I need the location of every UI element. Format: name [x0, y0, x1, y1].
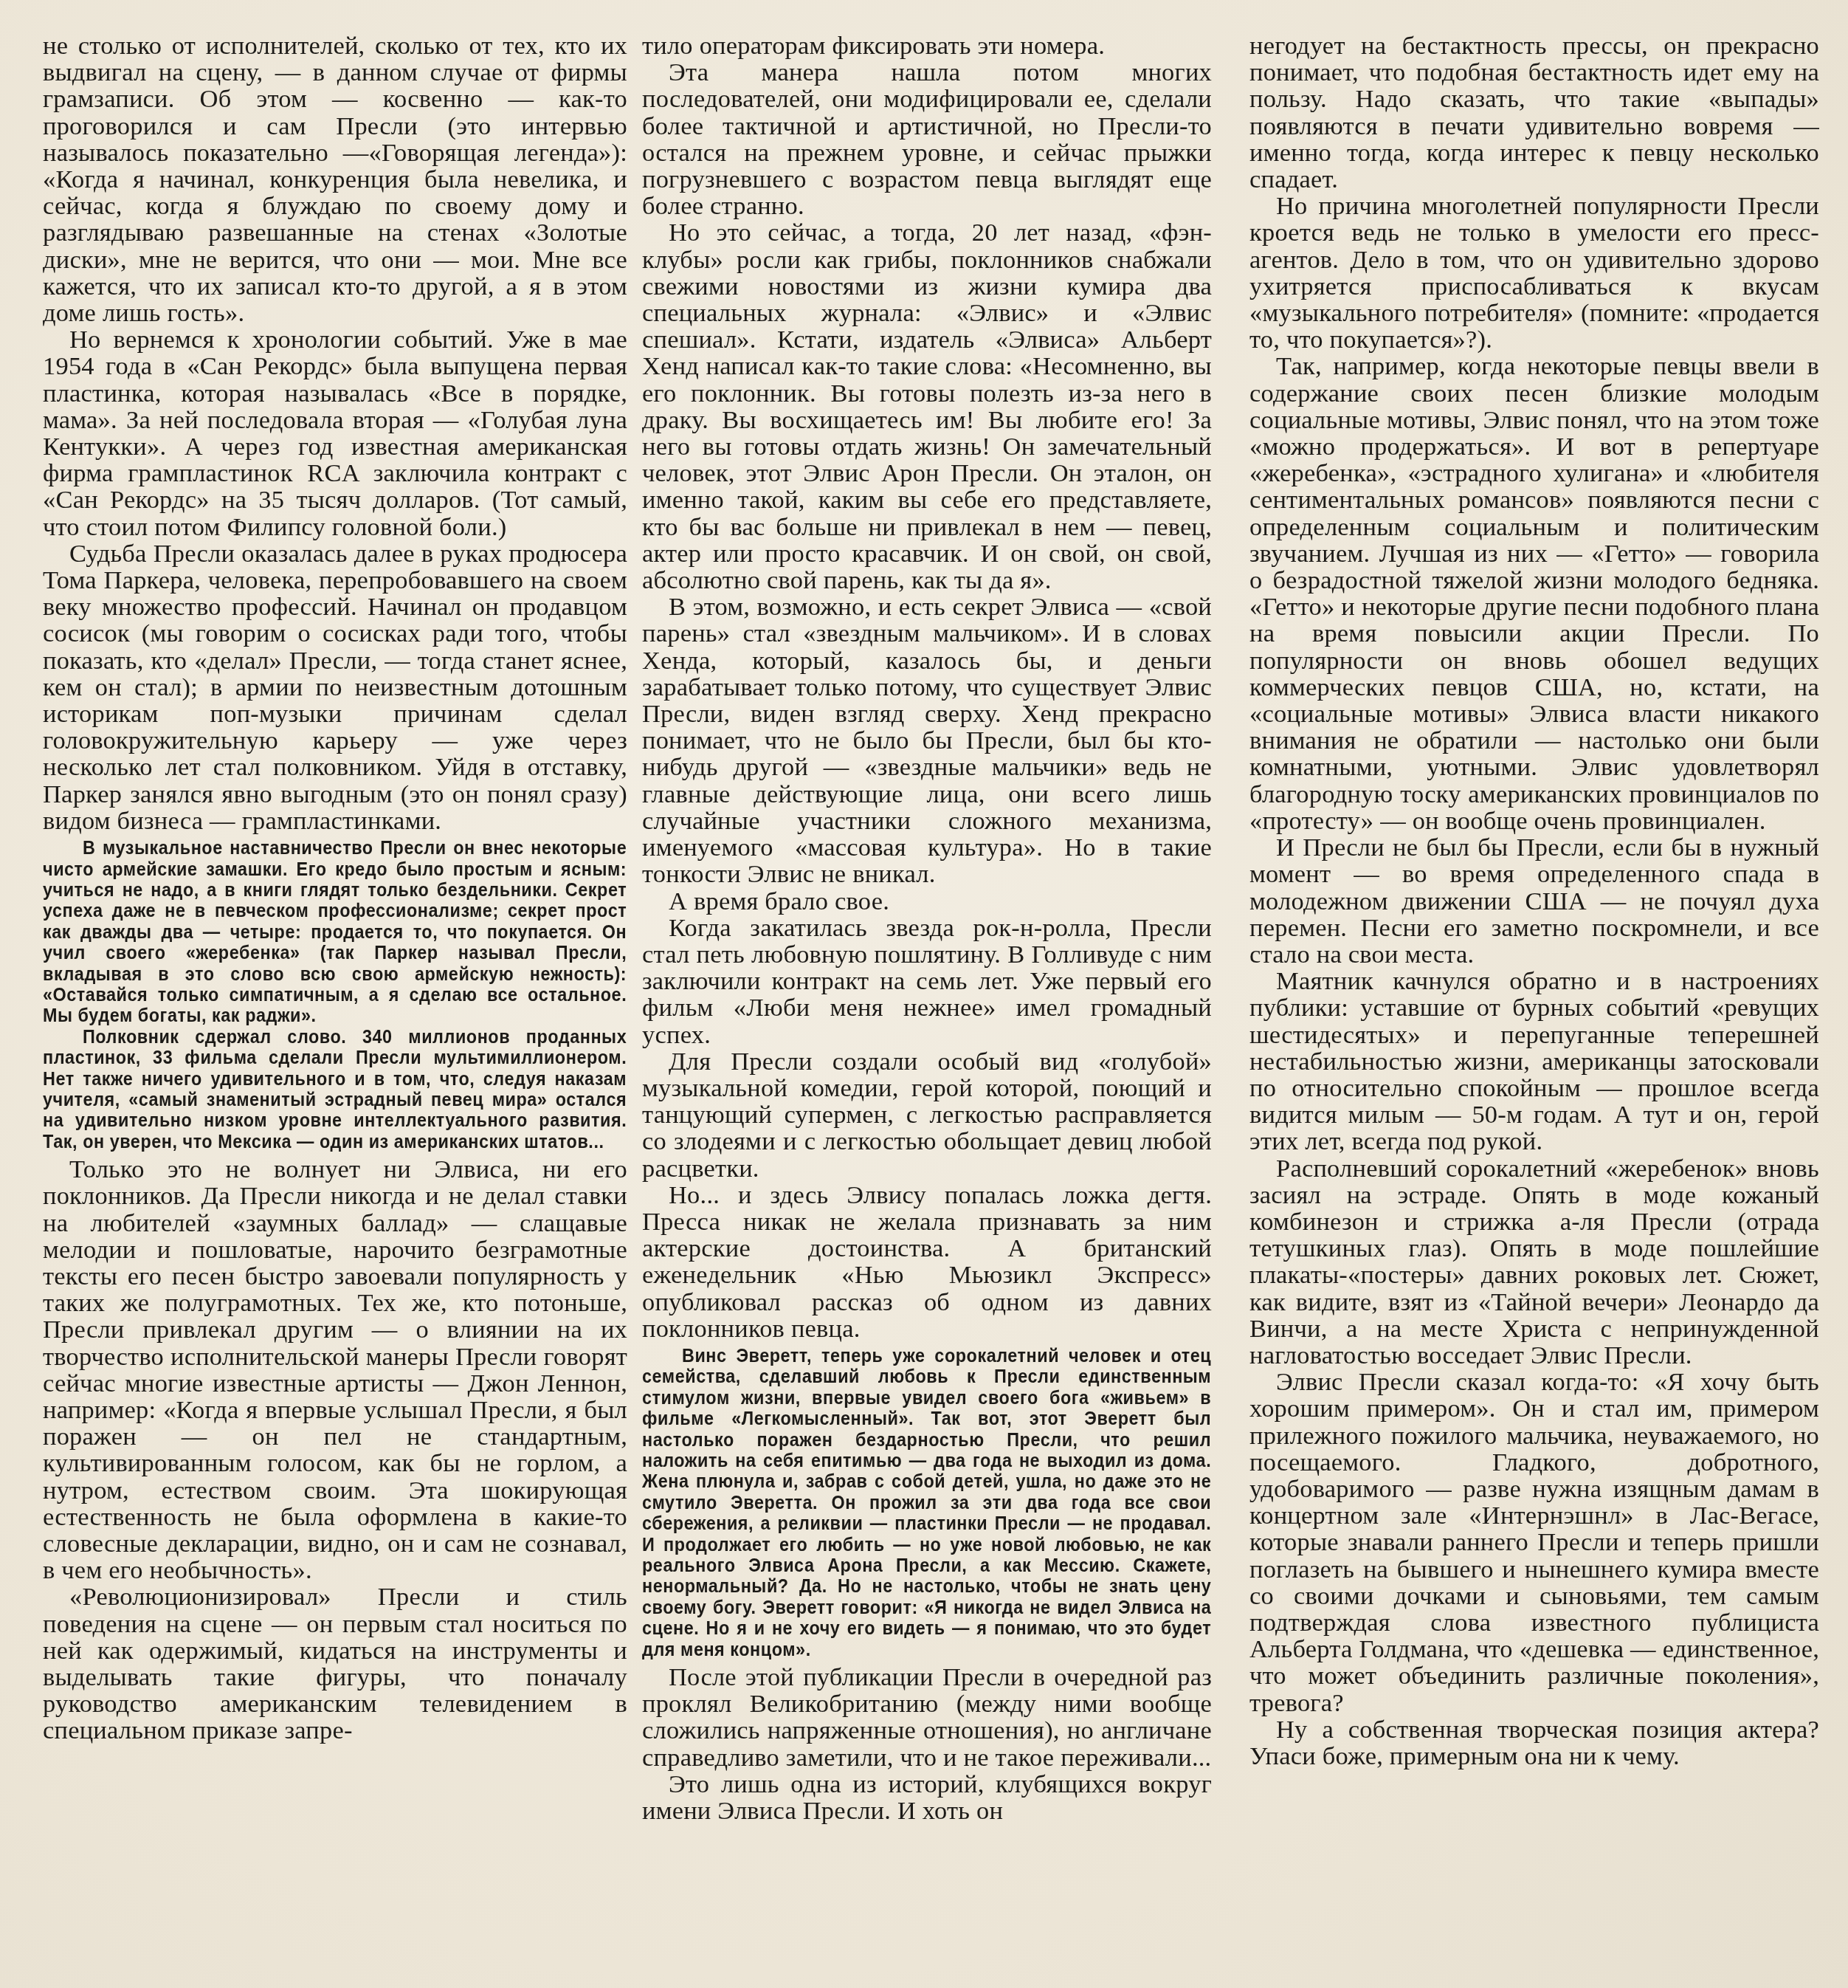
paragraph: После этой публикации Пресли в очередной… [642, 1664, 1212, 1771]
paragraph: тило операторам фиксировать эти номера. [642, 32, 1212, 59]
paragraph: Когда закатилась звезда рок-н-ролла, Пре… [642, 915, 1212, 1048]
article-column-1: не столько от исполнителей, сколько от т… [43, 32, 627, 1744]
inset-sidebar-text: В музыкальное наставничество Пресли он в… [43, 837, 627, 1152]
paragraph: Ну а собственная творческая позиция акте… [1249, 1716, 1819, 1769]
paragraph: И Пресли не был бы Пресли, если бы в нуж… [1249, 834, 1819, 968]
paragraph: Для Пресли создали особый вид «голубой» … [642, 1048, 1212, 1182]
paragraph: Это лишь одна из историй, клубящихся вок… [642, 1771, 1212, 1824]
paragraph: Располневший сорокалетний «жеребенок» вн… [1249, 1155, 1819, 1369]
paragraph: Но причина многолетней популярности Прес… [1249, 193, 1819, 353]
paragraph: негодует на бестактность прессы, он прек… [1249, 32, 1819, 193]
paragraph: Так, например, когда некоторые певцы вве… [1249, 353, 1819, 834]
paragraph: Судьба Пресли оказалась далее в руках пр… [43, 540, 627, 834]
paragraph: В этом, возможно, и есть секрет Элвиса —… [642, 594, 1212, 887]
paragraph: Только это не волнует ни Элвиса, ни его … [43, 1156, 627, 1583]
article-column-3: негодует на бестактность прессы, он прек… [1249, 32, 1819, 1769]
paragraph: Эта манера нашла потом многих последоват… [642, 59, 1212, 219]
inset-paragraph: Винс Эверетт, теперь уже сорокалетний че… [642, 1345, 1211, 1659]
paragraph: «Революционизировал» Пресли и стиль пове… [43, 1583, 627, 1744]
paragraph: Но... и здесь Элвису попалась ложка дегт… [642, 1182, 1212, 1342]
paragraph: Элвис Пресли сказал когда-то: «Я хочу бы… [1249, 1369, 1819, 1716]
inset-paragraph: Полковник сдержал слово. 340 миллионов п… [43, 1026, 627, 1152]
paragraph: А время брало свое. [642, 888, 1212, 915]
inset-paragraph: В музыкальное наставничество Пресли он в… [43, 837, 627, 1026]
paragraph: Но вернемся к хронологии событий. Уже в … [43, 326, 627, 540]
paragraph: Но это сейчас, а тогда, 20 лет назад, «ф… [642, 219, 1212, 594]
magazine-page: не столько от исполнителей, сколько от т… [0, 0, 1848, 1988]
paragraph: не столько от исполнителей, сколько от т… [43, 32, 627, 326]
paragraph: Маятник качнулся обратно и в настроениях… [1249, 968, 1819, 1155]
inset-sidebar-text: Винс Эверетт, теперь уже сорокалетний че… [642, 1345, 1211, 1659]
article-column-2: тило операторам фиксировать эти номера. … [642, 32, 1212, 1824]
